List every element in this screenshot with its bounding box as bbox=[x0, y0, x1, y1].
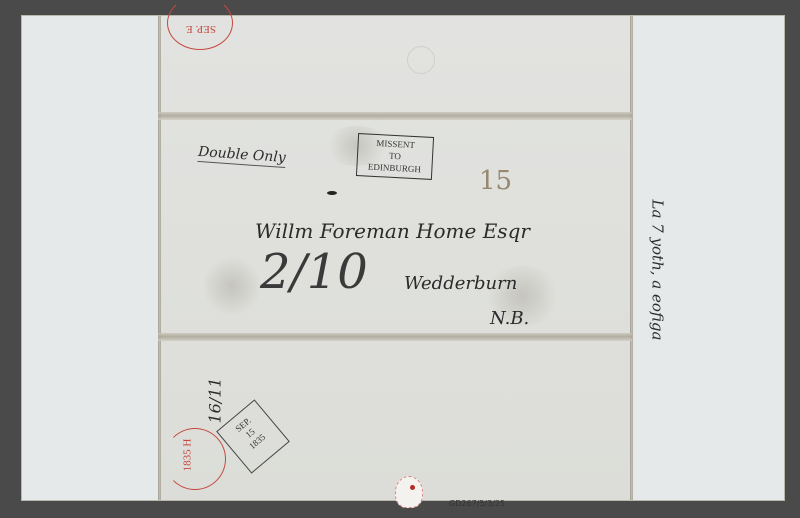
archive-reference: GD267/5/3/25 bbox=[449, 499, 505, 508]
missent-to-edinburgh-handstamp: MISSENT TO EDINBURGH bbox=[356, 133, 434, 180]
red-postmark-bottom: 1835 H bbox=[164, 428, 226, 490]
fold-line-top bbox=[158, 112, 632, 120]
ink-blot bbox=[327, 191, 337, 195]
manuscript-number: 16/11 bbox=[206, 377, 225, 423]
fold-line-left bbox=[158, 16, 161, 500]
stain bbox=[202, 256, 262, 316]
fold-line-right bbox=[630, 16, 633, 500]
fold-line-bottom bbox=[158, 333, 632, 341]
wax-seal-remnant bbox=[395, 476, 423, 508]
charge-mark: 15 bbox=[479, 166, 512, 196]
address-region: N.B. bbox=[490, 308, 529, 329]
side-docket-note: La 7 yoth, a eofiga bbox=[648, 200, 666, 341]
address-recipient: Willm Foreman Home Esqr bbox=[255, 219, 530, 243]
address-place: Wedderburn bbox=[404, 273, 517, 294]
postage-rate: 2/10 bbox=[260, 244, 368, 300]
letter-sheet: SEP. E Double Only MISSENT TO EDINBURGH … bbox=[22, 16, 784, 500]
faint-impression bbox=[407, 46, 435, 74]
